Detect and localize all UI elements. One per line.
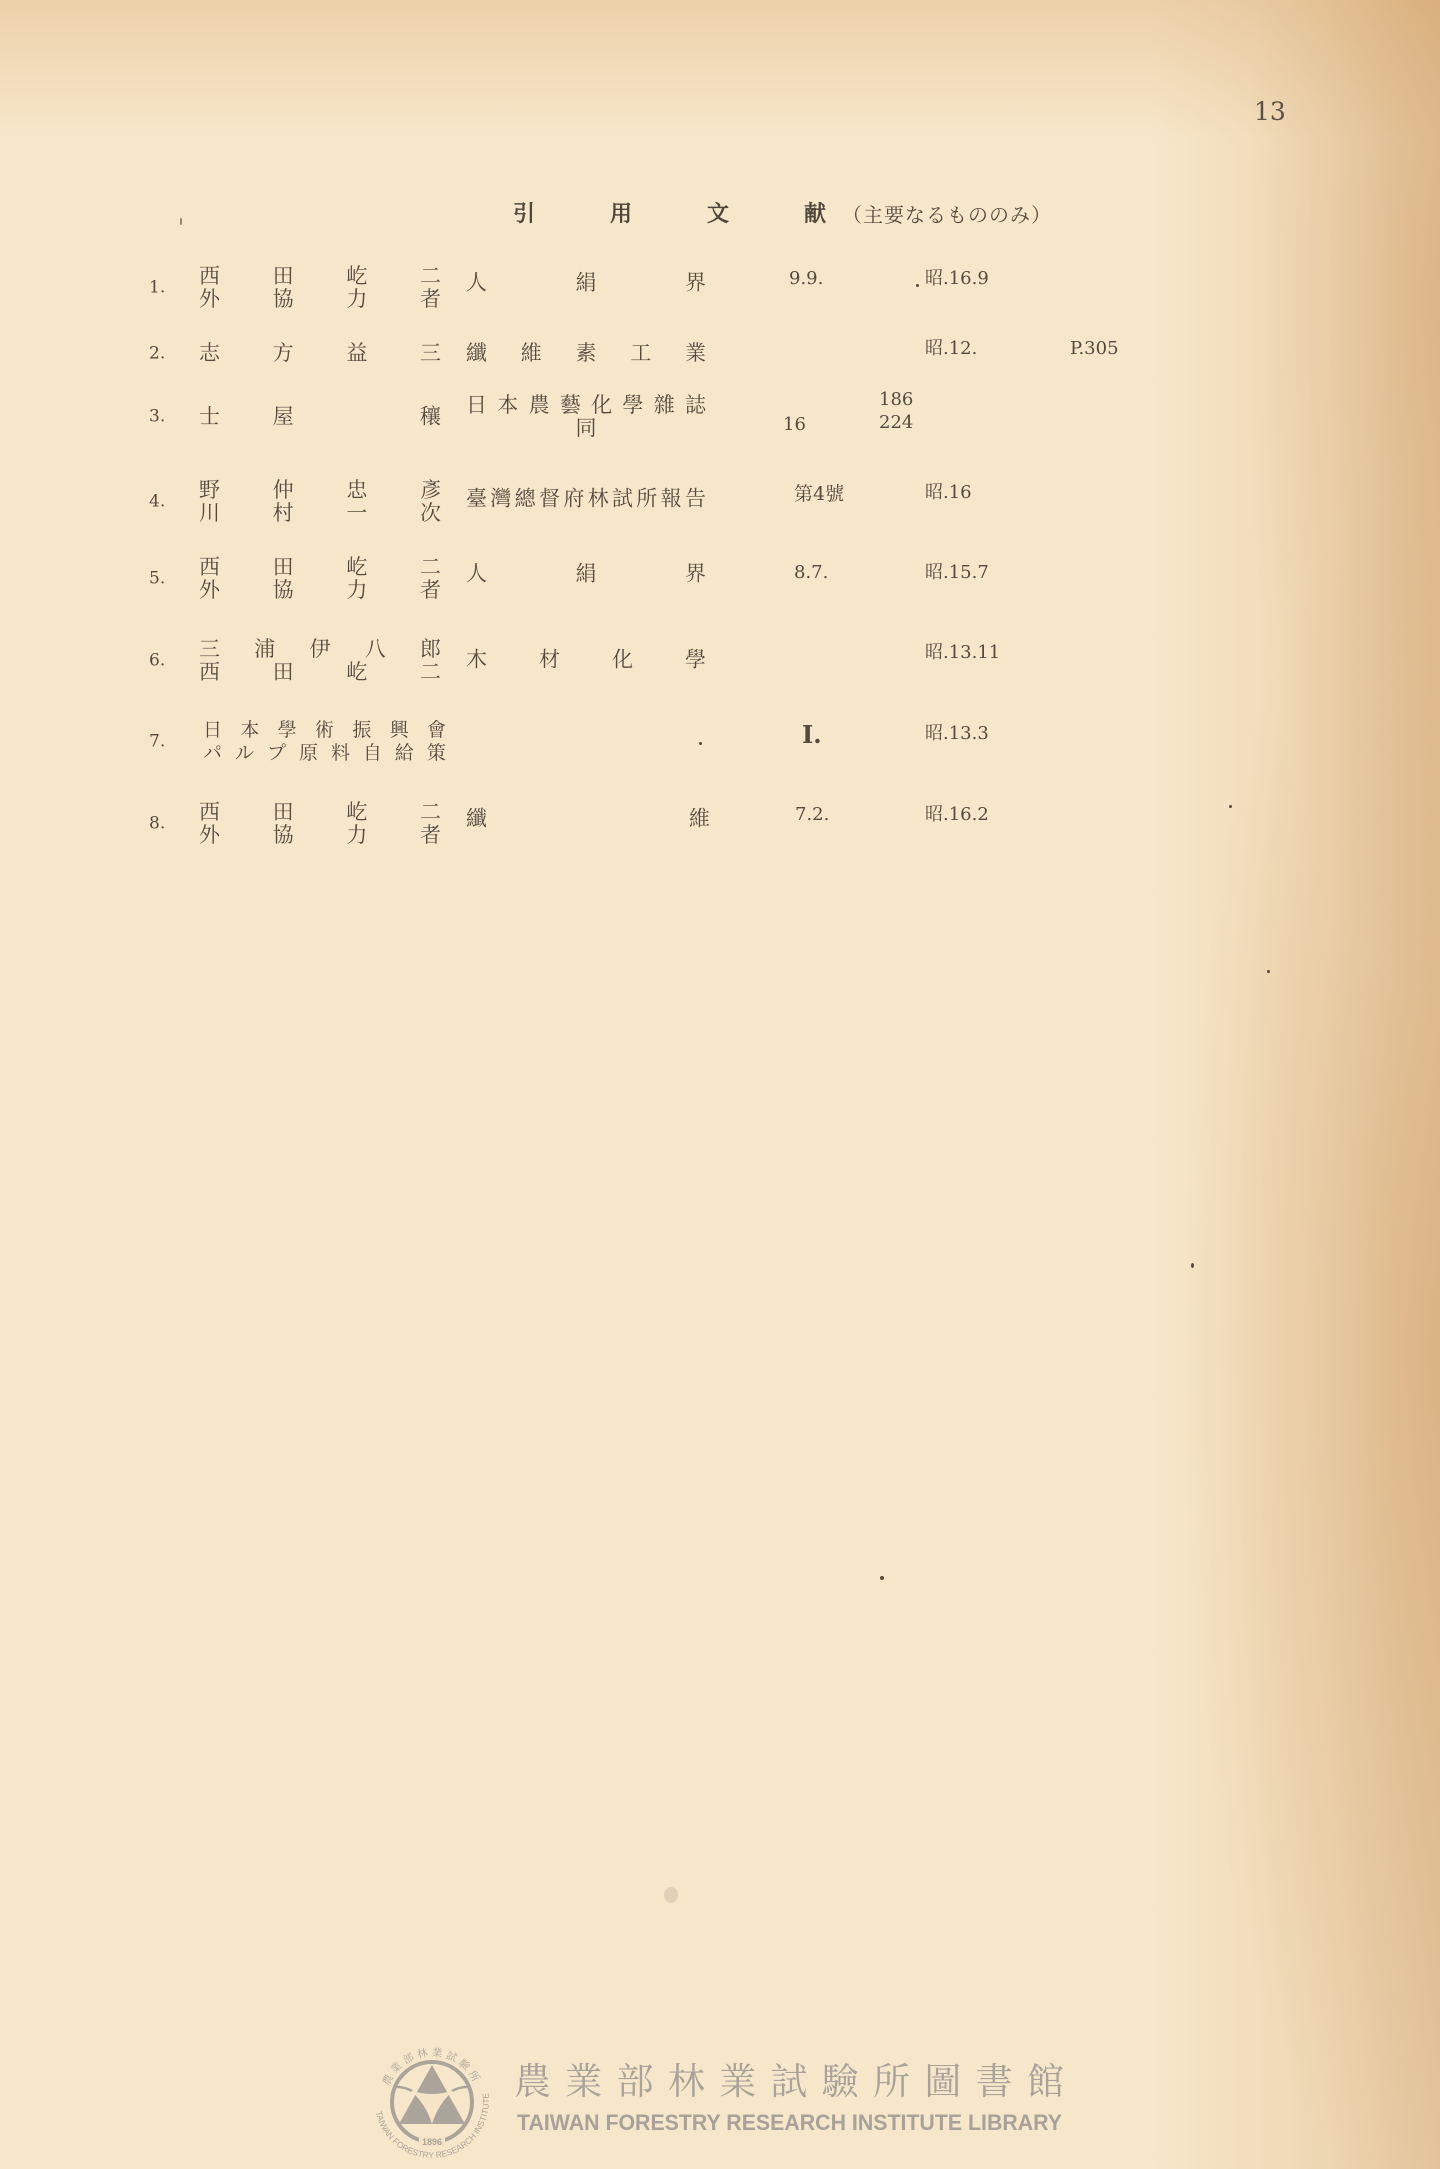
glyph: 林 [668,2062,705,2102]
glyph: 西 [199,265,220,288]
glyph: 農 [529,394,550,417]
glyph: 書 [976,2062,1013,2102]
glyph: 文 [707,203,729,227]
scanned-document-page: 13 引用文献 （主要なるもののみ） 1. 西田屹二 外協力者 人絹界 9.9.… [0,0,1440,2169]
page-line: 186 [879,388,913,411]
glyph: 引 [513,203,535,227]
source-line: 木材化學 [466,649,706,672]
glyph: 業 [565,2062,602,2102]
glyph: 方 [273,342,294,365]
glyph: 纖 [466,808,487,831]
glyph: 益 [346,342,367,365]
author-line: 日本學術振興會 [203,719,446,742]
source-line: 同 [466,417,706,440]
author-line: 西田屹二 [199,801,441,824]
paper-speck [1229,805,1232,808]
source-line: 臺灣總督府林試所報告 [466,488,706,511]
glyph: 木 [466,649,487,672]
emblem-year: 1896 [422,2137,442,2147]
glyph: 仲 [273,479,294,502]
reference-entry: 6. 三浦伊八郎 西田屹二 木材化學 昭.13.11 [0,638,1440,684]
reference-authors: 士屋 穰 [199,406,441,429]
source-line: 人絹界 [466,563,706,586]
glyph: 圖 [924,2062,961,2102]
reference-date: 昭.13.11 [925,641,1000,664]
source-line: 日本農藝化學雜誌 [466,394,706,417]
glyph: 協 [273,579,294,602]
forestry-institute-emblem-icon: 1896 農業部林業試驗所 TAIWAN FORESTRY RESEARCH I… [367,2040,497,2169]
glyph: 二 [420,801,441,824]
glyph: 八 [365,638,386,661]
glyph: 學 [622,394,643,417]
glyph: 屋 [273,406,294,429]
author-line: 野仲忠彥 [199,479,441,502]
glyph: 界 [685,272,706,295]
glyph: 料 [331,742,350,765]
library-name-english: TAIWAN FORESTRY RESEARCH INSTITUTE LIBRA… [517,2108,1065,2136]
glyph: 試 [770,2062,807,2102]
glyph: 志 [199,342,220,365]
library-name-chinese: 農業部林業試驗所圖書館 [514,2062,1064,2102]
glyph: 屹 [346,265,367,288]
paper-speck [1191,1263,1194,1268]
glyph: 外 [199,579,220,602]
glyph: 術 [315,719,334,742]
glyph: 部 [617,2062,654,2102]
reference-date: 昭.16.9 [925,267,989,290]
glyph: 三 [199,638,220,661]
glyph: 材 [539,649,560,672]
source-line: 人絹界 [466,272,706,295]
reference-date: 昭.16 [925,481,972,504]
glyph: 屹 [346,801,367,824]
paper-speck [699,742,702,745]
volume-line: 16 [783,413,806,436]
reference-number: 3. [149,409,165,426]
author-line: 外協力者 [199,579,441,602]
paper-speck [880,1576,884,1580]
reference-authors: 野仲忠彥 川村一次 [199,479,441,525]
page-line: 224 [879,411,913,434]
glyph: 同 [576,417,597,440]
reference-source: 纖維 [466,808,710,831]
glyph: 化 [591,394,612,417]
glyph: 屹 [346,661,367,684]
reference-number: 8. [149,816,165,833]
reference-number: 6. [149,653,165,670]
glyph: 策 [427,742,446,765]
glyph: 藝 [560,394,581,417]
author-line: 三浦伊八郎 [199,638,441,661]
glyph: 維 [689,808,710,831]
paper-speck [1267,970,1270,973]
glyph: 界 [685,563,706,586]
glyph: 化 [612,649,633,672]
reference-number: 5. [149,571,165,588]
reference-date: 昭.12. [925,337,977,360]
author-line: 外協力者 [199,824,441,847]
author-line: 川村一次 [199,502,441,525]
glyph: 郎 [420,638,441,661]
reference-authors: 西田屹二 外協力者 [199,801,441,847]
glyph: 屹 [346,556,367,579]
glyph: 報 [661,488,682,511]
reference-pages: 186 224 [879,388,913,434]
glyph: 者 [420,824,441,847]
reference-authors: 志方益三 [199,342,441,365]
glyph: 川 [199,502,220,525]
glyph: 振 [352,719,371,742]
glyph: 協 [273,824,294,847]
glyph: プ [267,742,286,765]
glyph: 農 [514,2062,551,2102]
glyph: 誌 [685,394,706,417]
reference-entry: 3. 士屋 穰 日本農藝化學雜誌 同 16 186 224 [0,394,1440,440]
reference-source: 臺灣總督府林試所報告 [466,488,706,511]
reference-entry: 2. 志方益三 纖維素工業 昭.12. P.305 [0,342,1440,365]
glyph: 用 [610,203,632,227]
glyph: 力 [346,579,367,602]
reference-number: 1. [149,280,165,297]
glyph: 臺 [466,488,487,511]
author-line: 西田屹二 [199,556,441,579]
glyph: 總 [515,488,536,511]
reference-volume: 16 [783,390,806,436]
author-line: 士屋 穰 [199,406,441,429]
glyph: 驗 [822,2062,859,2102]
glyph: 會 [427,719,446,742]
glyph: 雜 [654,394,675,417]
glyph: 野 [199,479,220,502]
glyph: 西 [199,801,220,824]
glyph: 學 [278,719,297,742]
glyph: 業 [685,342,706,365]
glyph: 彥 [420,479,441,502]
glyph: 力 [346,288,367,311]
reference-number: 7. [149,734,165,751]
glyph: 士 [199,406,220,429]
glyph: 村 [273,502,294,525]
glyph: 献 [804,203,826,227]
glyph: 維 [521,342,542,365]
reference-source: 人絹界 [466,272,706,295]
reference-volume: 9.9. [789,267,823,290]
glyph: ル [235,742,254,765]
glyph: 試 [612,488,633,511]
glyph: 二 [420,265,441,288]
reference-source: 纖維素工業 [466,342,706,365]
glyph: 絹 [576,563,597,586]
author-line: 西田屹二 [199,265,441,288]
glyph: 二 [420,556,441,579]
glyph: 學 [685,649,706,672]
reference-authors: 西田屹二 外協力者 [199,265,441,311]
library-name-english-text: TAIWAN FORESTRY RESEARCH INSTITUTE LIBRA… [517,2110,1062,2135]
glyph: 西 [199,661,220,684]
glyph: パ [203,742,222,765]
reference-volume: 第4號 [794,483,844,506]
section-heading-note: （主要なるもののみ） [842,204,1052,226]
glyph: 田 [273,801,294,824]
reference-entry: 1. 西田屹二 外協力者 人絹界 9.9. 昭.16.9 [0,265,1440,311]
glyph: 力 [346,824,367,847]
glyph: 日 [466,394,487,417]
reference-source: 日本農藝化學雜誌 同 [466,394,706,440]
glyph: 告 [685,488,706,511]
reference-entry: 8. 西田屹二 外協力者 纖維 7.2. 昭.16.2 [0,801,1440,847]
glyph: 人 [466,563,487,586]
glyph: 浦 [254,638,275,661]
glyph: 業 [719,2062,756,2102]
reference-source: 人絹界 [466,563,706,586]
reference-date: 昭.16.2 [925,803,989,826]
reference-authors: 西田屹二 外協力者 [199,556,441,602]
glyph: 一 [346,502,367,525]
glyph: 所 [873,2062,910,2102]
reference-date: 昭.13.3 [925,722,989,745]
glyph: 二 [420,661,441,684]
reference-entry: 7. 日本學術振興會 パルプ原料自給策 I. 昭.13.3 [0,719,1440,765]
reference-authors: 三浦伊八郎 西田屹二 [199,638,441,684]
glyph: 素 [576,342,597,365]
reference-entry: 4. 野仲忠彥 川村一次 臺灣總督府林試所報告 第4號 昭.16 [0,479,1440,525]
author-line: パルプ原料自給策 [203,742,446,765]
glyph: 林 [588,488,609,511]
source-line: 纖維素工業 [466,342,706,365]
glyph: 次 [420,502,441,525]
reference-page: P.305 [1070,337,1119,360]
author-line: 外協力者 [199,288,441,311]
paper-stain [664,1887,678,1903]
glyph: 所 [636,488,657,511]
paper-speck [916,284,919,287]
glyph: 者 [420,288,441,311]
glyph: 給 [395,742,414,765]
paper-speck [180,218,182,225]
glyph: 本 [240,719,259,742]
glyph [346,406,367,429]
glyph: 伊 [310,638,331,661]
glyph: 三 [420,342,441,365]
glyph: 田 [273,556,294,579]
reference-date: 昭.15.7 [925,561,989,584]
glyph: 田 [273,265,294,288]
glyph: 原 [299,742,318,765]
reference-number: 4. [149,494,165,511]
glyph: 灣 [490,488,511,511]
glyph: 忠 [346,479,367,502]
reference-volume: 7.2. [795,803,829,826]
glyph: 田 [273,661,294,684]
reference-entry: 5. 西田屹二 外協力者 人絹界 8.7. 昭.15.7 [0,556,1440,602]
glyph: 興 [390,719,409,742]
glyph: 協 [273,288,294,311]
author-line: 志方益三 [199,342,441,365]
glyph: 外 [199,824,220,847]
section-heading: 引用文献 [513,203,826,227]
glyph: 纖 [466,342,487,365]
page-number: 13 [1254,99,1286,124]
glyph: 府 [563,488,584,511]
glyph: 絹 [576,272,597,295]
glyph: 日 [203,719,222,742]
reference-volume: 8.7. [794,561,828,584]
reference-authors: 日本學術振興會 パルプ原料自給策 [203,719,446,765]
glyph: 自 [363,742,382,765]
glyph: 工 [630,342,651,365]
reference-number: 2. [149,345,165,362]
author-line: 西田屹二 [199,661,441,684]
glyph: 館 [1027,2062,1064,2102]
glyph: 西 [199,556,220,579]
glyph: 穰 [420,406,441,429]
glyph: 外 [199,288,220,311]
volume-line [783,390,806,413]
glyph: 本 [497,394,518,417]
glyph: 者 [420,579,441,602]
glyph: 督 [539,488,560,511]
reference-volume: I. [802,723,822,746]
glyph: 人 [466,272,487,295]
reference-source: 木材化學 [466,649,706,672]
source-line: 纖維 [466,808,710,831]
